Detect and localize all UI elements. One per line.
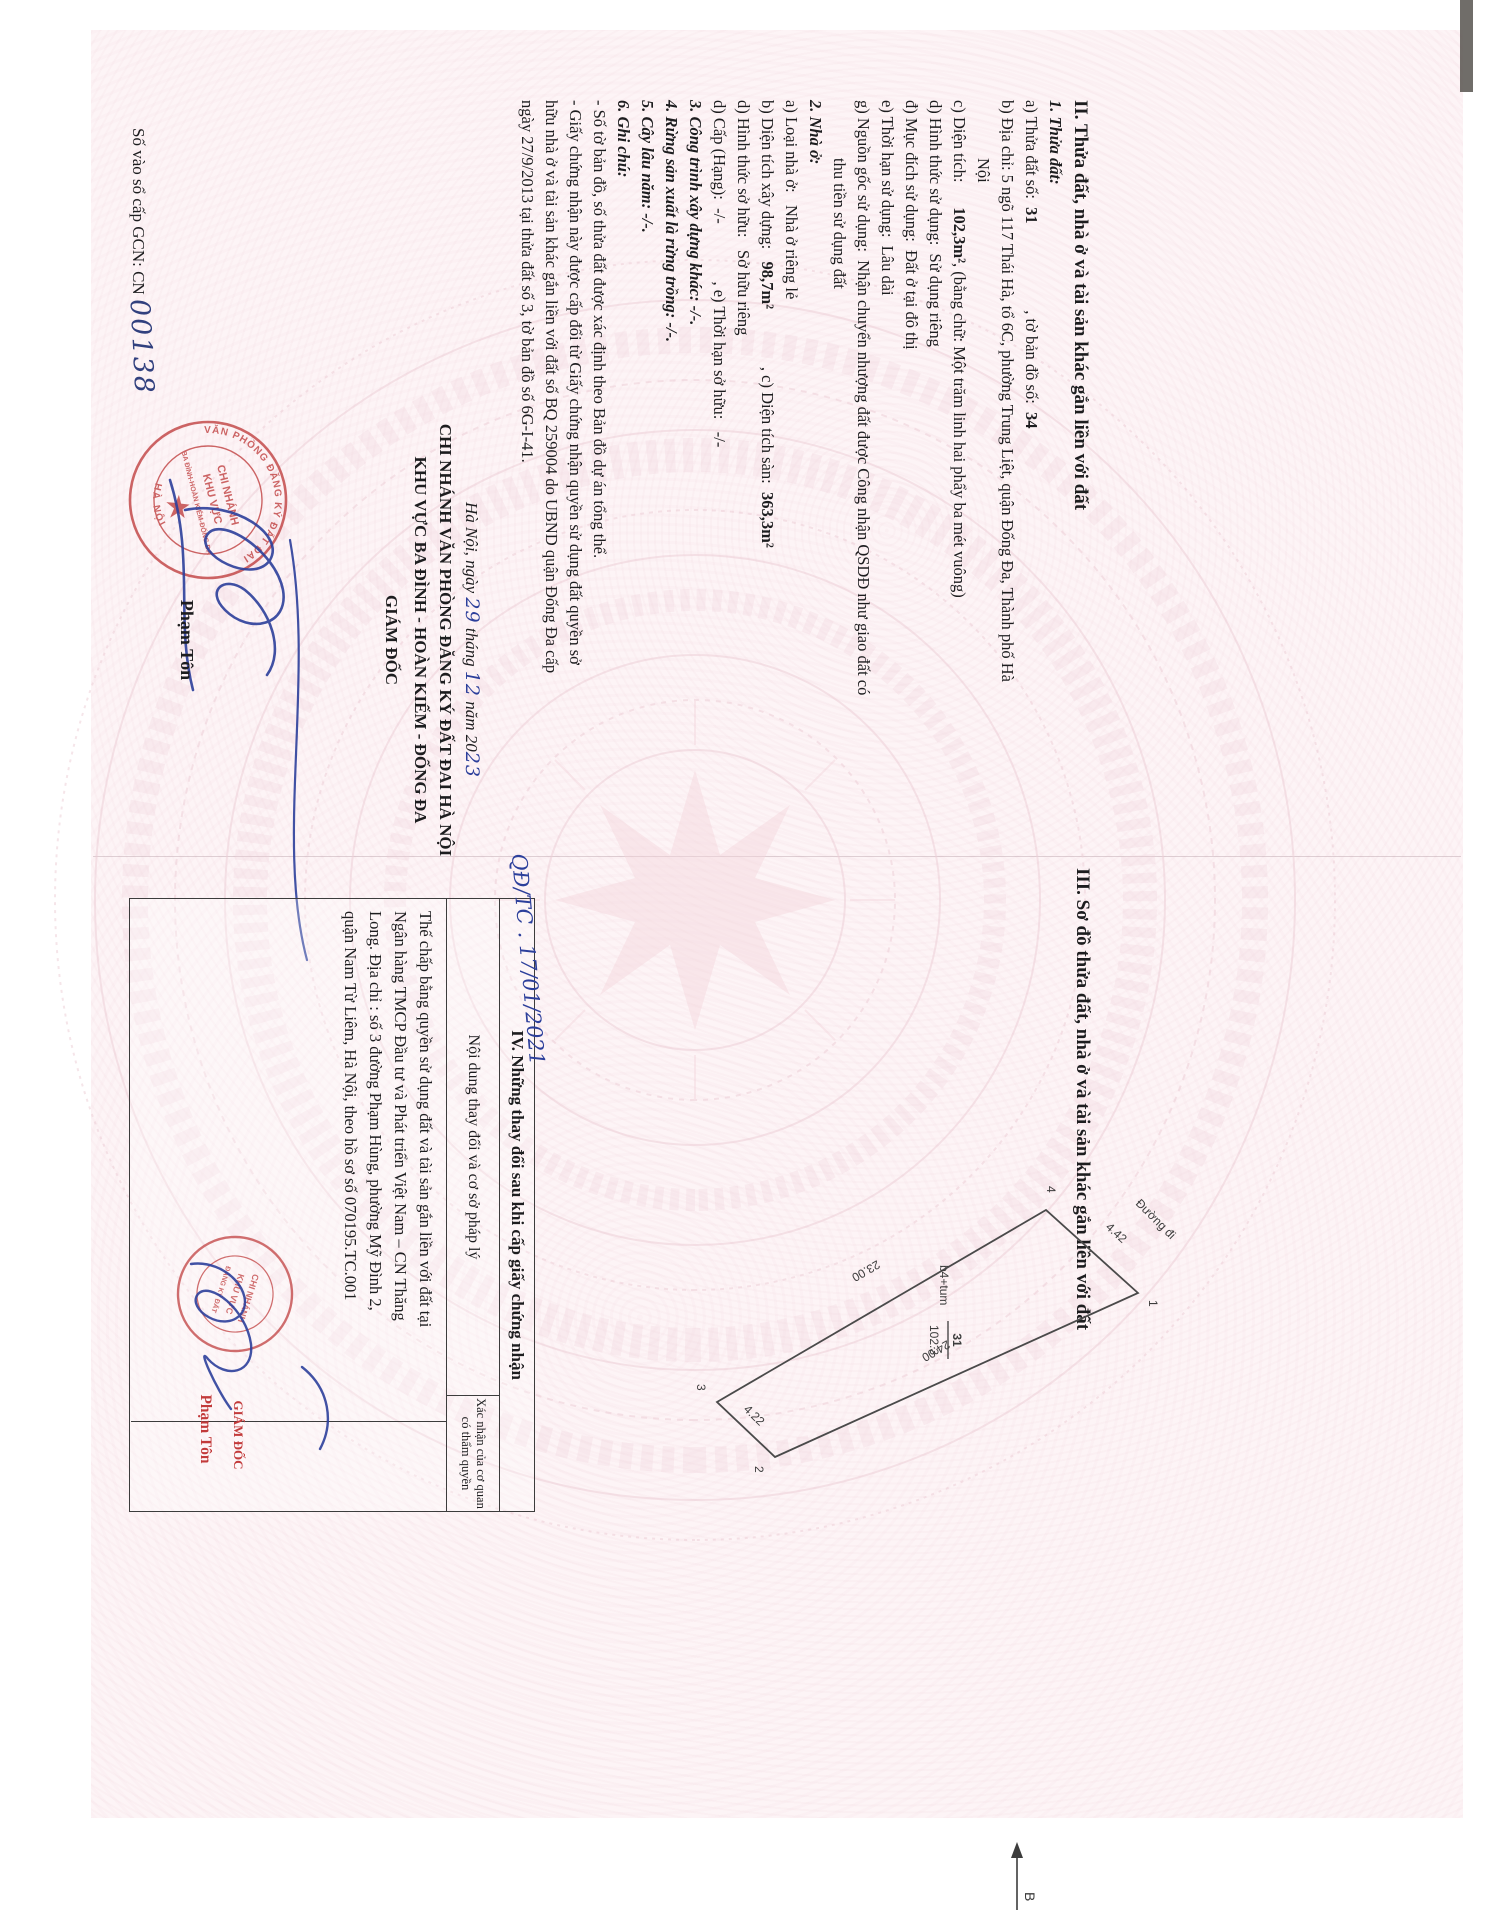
text-line: d) Hình thức sử dụng: Sử dụng riêng (923, 100, 947, 858)
mortgage-entry-lines: Thế chấp bằng quyền sử dụng đất và tài s… (338, 911, 438, 1411)
signature-block: Hà Nội, ngày 29 tháng 12 năm 2023 CHI NH… (379, 380, 485, 900)
handwritten-month: 12 (461, 671, 483, 697)
table-content-row: Thế chấp bằng quyền sử dụng đất và tài s… (131, 899, 446, 1511)
text-line: Thế chấp bằng quyền sử dụng đất và tài s… (413, 911, 438, 1411)
ink-flourish (293, 1361, 338, 1456)
signer-role: GIÁM ĐỐC (379, 380, 404, 900)
vertex-2: 2 (752, 1466, 766, 1473)
scanned-certificate-page: II. Thửa đất, nhà ở và tài sản khác gắn … (0, 0, 1485, 1920)
text-line: đ) Mục đích sử dụng: Đất ở tại đô thị (899, 100, 923, 858)
text-line: 1. Thửa đất: (1043, 100, 1067, 858)
road-label: Đường đi (1133, 1196, 1179, 1242)
text-line: 2. Nhà ở: (803, 100, 827, 858)
handwritten-day: 29 (461, 597, 483, 623)
vertex-1: 1 (1146, 1300, 1160, 1307)
text-line: 4. Rừng sản xuất là rừng trồng: -/-. (659, 100, 683, 858)
svg-text:102.3: 102.3 (927, 1325, 941, 1355)
parcel-diagram: 1 4 3 2 4.42 23.00 24.00 4.22 Đường đi b… (657, 1100, 1217, 1570)
text-line: d) Hình thức sở hữu: Sở hữu riêng (731, 100, 755, 858)
gcn-registry-number: Số vào sổ cấp GCN: CN 00138 (126, 128, 157, 395)
table-header-row: Nội dung thay đổi và cơ sở pháp lý Xác n… (446, 899, 499, 1511)
text-line: c) Diện tích: 102,3m², (bằng chữ: Một tr… (947, 100, 971, 858)
section-2-panel: II. Thửa đất, nhà ở và tài sản khác gắn … (515, 100, 1093, 858)
org-line-1: CHI NHÁNH VĂN PHÒNG ĐĂNG KÝ ĐẤT ĐAI HÀ N… (433, 380, 458, 900)
text-line: e) Thời hạn sử dụng: Lâu dài (875, 100, 899, 858)
confirmation-signer: Phạm Tôn (196, 1369, 214, 1489)
scan-edge-artifact (1460, 0, 1473, 92)
column-header-content: Nội dung thay đổi và cơ sở pháp lý (447, 899, 499, 1396)
text-line: 5. Cây lâu năm: -/-. (635, 100, 659, 858)
text-line: d) Cấp (Hạng): -/- , e) Thời hạn sở hữu:… (707, 100, 731, 858)
certificate-sheet: II. Thửa đất, nhà ở và tài sản khác gắn … (0, 0, 1485, 1920)
text-line: Long. Địa chỉ : số 3 đường Phạm Hùng, ph… (363, 911, 388, 1411)
vertex-4: 4 (1044, 1186, 1058, 1193)
handwritten-gcn-number: 00138 (124, 298, 160, 395)
text-line: b) Diện tích xây dựng: 98,7m² , c) Diện … (755, 100, 779, 858)
text-line: - Giấy chứng nhận này được cấp đổi từ Gi… (563, 100, 587, 858)
svg-text:31: 31 (950, 1333, 964, 1347)
section-4-change-table: IV. Những thay đổi sau khi cấp giấy chứn… (129, 898, 535, 1512)
text-line: b) Địa chỉ: 5 ngõ 117 Thái Hà, tổ 6C, ph… (995, 100, 1019, 858)
text-line: thu tiền sử dụng đất (827, 100, 851, 858)
text-line: a) Thửa đất số: 31 , tờ bản đồ số: 34 (1019, 100, 1043, 858)
text-line: hữu nhà ở và tài sản khác gắn liền với đ… (539, 100, 563, 858)
text-line: g) Nguồn gốc sử dụng: Nhận chuyển nhượng… (851, 100, 875, 858)
text-line: 3. Công trình xây dựng khác: -/-. (683, 100, 707, 858)
text-line: 6. Ghi chú: (611, 100, 635, 858)
vertex-3: 3 (694, 1384, 708, 1391)
text-line: ngày 27/9/2013 tại thửa đất số 3, tờ bản… (515, 100, 539, 858)
dimension-left: 23.00 (849, 1257, 882, 1284)
text-line: Ngân hàng TMCP Đầu tư và Phát triển Việt… (388, 911, 413, 1411)
confirmation-signature-ink (166, 1239, 286, 1419)
text-line: Nội (971, 100, 995, 858)
confirmation-role: GIÁM ĐỐC (230, 1385, 246, 1485)
section-2-title: II. Thửa đất, nhà ở và tài sản khác gắn … (1067, 100, 1093, 858)
dimension-bottom: 4.22 (741, 1402, 768, 1429)
text-line: - Số tờ bản đồ, số thửa đất được xác địn… (587, 100, 611, 858)
svg-text:B: B (1022, 1892, 1038, 1901)
north-arrow-icon: B (987, 1828, 1047, 1920)
text-line: a) Loại nhà ở: Nhà ở riêng lẻ (779, 100, 803, 858)
section-2-lines: 1. Thửa đất:a) Thửa đất số: 31 , tờ bản … (515, 100, 1067, 858)
handwritten-year: 23 (461, 752, 483, 778)
svg-text:b4+tum: b4+tum (937, 1265, 951, 1305)
column-header-confirmation: Xác nhận của cơ quan có thẩm quyền (447, 1396, 499, 1511)
org-line-2: KHU VỰC BA ĐÌNH - HOÀN KIẾM - ĐỐNG ĐA (408, 380, 433, 900)
text-line: quận Nam Từ Liêm, Hà Nội, theo hồ sơ số … (338, 911, 363, 1411)
dimension-top: 4.42 (1103, 1220, 1130, 1246)
signer-name: Phạm Tôn (176, 530, 197, 750)
issue-date-line: Hà Nội, ngày 29 tháng 12 năm 2023 (458, 380, 485, 900)
